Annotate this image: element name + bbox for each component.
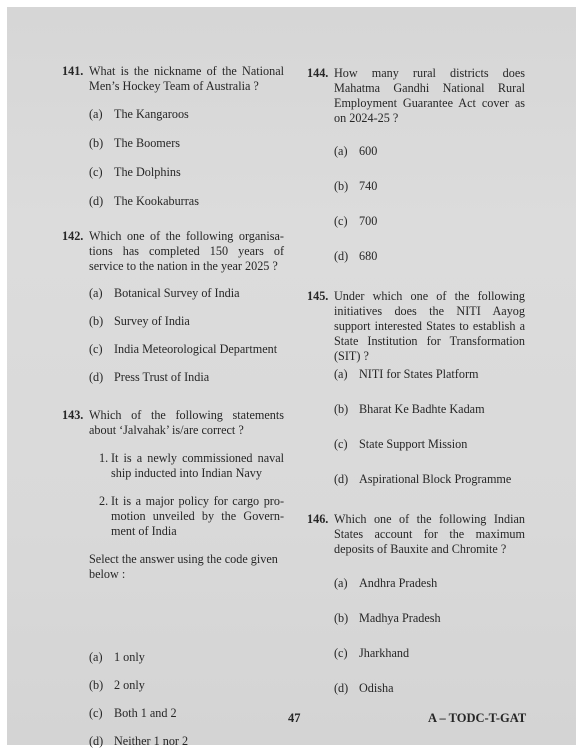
option-c: (c)Both 1 and 2 [89,706,188,721]
option-c: (c)State Support Mission [334,437,511,452]
question-number: 143. [62,408,83,423]
question-number: 145. [307,289,328,304]
option-a: (a)Botanical Survey of India [89,286,277,301]
question-stem: 145. Under which one of the following in… [307,289,525,364]
option-b: (b)740 [334,179,377,194]
option-a: (a)1 only [89,650,188,665]
option-d: (d)The Kookaburras [89,194,199,209]
option-c: (c)India Meteorological Department [89,342,277,357]
option-d: (d)Neither 1 nor 2 [89,734,188,749]
option-c: (c)700 [334,214,377,229]
question-text: How many rural districts does Mahatma Ga… [334,66,525,126]
question-stem: 142. Which one of the following organisa… [62,229,284,274]
option-c: (c)Jharkhand [334,646,441,661]
option-d: (d)Press Trust of India [89,370,277,385]
question-number: 146. [307,512,328,527]
question-143: 143. Which of the following statements a… [62,408,284,582]
question-146: 146. Which one of the following Indian S… [307,512,525,557]
option-d: (d)680 [334,249,377,264]
statements-list: 1. It is a newly commissioned naval ship… [62,451,284,539]
options-list: (a)Andhra Pradesh (b)Madhya Pradesh (c)J… [307,576,441,696]
option-d: (d)Aspirational Block Programme [334,472,511,487]
question-text: Which of the following statements about … [89,408,284,438]
question-stem: 146. Which one of the following Indian S… [307,512,525,557]
option-a: (a)600 [334,144,377,159]
question-stem: 143. Which of the following statements a… [62,408,284,438]
page-number: 47 [288,711,301,726]
question-142: 142. Which one of the following organisa… [62,229,284,274]
question-145: 145. Under which one of the following in… [307,289,525,364]
option-a: (a)Andhra Pradesh [334,576,441,591]
statement-2: 2. It is a major policy for cargo pro-mo… [99,494,284,539]
option-b: (b)The Boomers [89,136,199,151]
exam-page: 141. What is the nickname of the Nationa… [7,7,576,745]
question-number: 142. [62,229,83,244]
question-text: Under which one of the following initiat… [334,289,525,364]
options-list: (a)1 only (b)2 only (c)Both 1 and 2 (d)N… [62,650,188,749]
question-141: 141. What is the nickname of the Nationa… [62,64,284,94]
question-number: 141. [62,64,83,79]
question-stem: 141. What is the nickname of the Nationa… [62,64,284,94]
option-a: (a)NITI for States Platform [334,367,511,382]
code-instruction: Select the answer using the code given b… [62,552,284,582]
option-a: (a)The Kangaroos [89,107,199,122]
options-list: (a)NITI for States Platform (b)Bharat Ke… [307,367,511,487]
option-b: (b)2 only [89,678,188,693]
options-list: (a)The Kangaroos (b)The Boomers (c)The D… [62,107,199,209]
question-text: Which one of the following Indian States… [334,512,525,557]
option-d: (d)Odisha [334,681,441,696]
statement-1: 1. It is a newly commissioned naval ship… [99,451,284,481]
question-144: 144. How many rural districts does Mahat… [307,66,525,126]
option-b: (b)Survey of India [89,314,277,329]
options-list: (a)Botanical Survey of India (b)Survey o… [62,286,277,385]
question-stem: 144. How many rural districts does Mahat… [307,66,525,126]
option-b: (b)Madhya Pradesh [334,611,441,626]
paper-code: A – TODC-T-GAT [428,711,526,726]
option-c: (c)The Dolphins [89,165,199,180]
question-text: Which one of the following organisa-tion… [89,229,284,274]
question-text: What is the nickname of the National Men… [89,64,284,94]
option-b: (b)Bharat Ke Badhte Kadam [334,402,511,417]
question-number: 144. [307,66,328,81]
options-list: (a)600 (b)740 (c)700 (d)680 [307,144,377,264]
